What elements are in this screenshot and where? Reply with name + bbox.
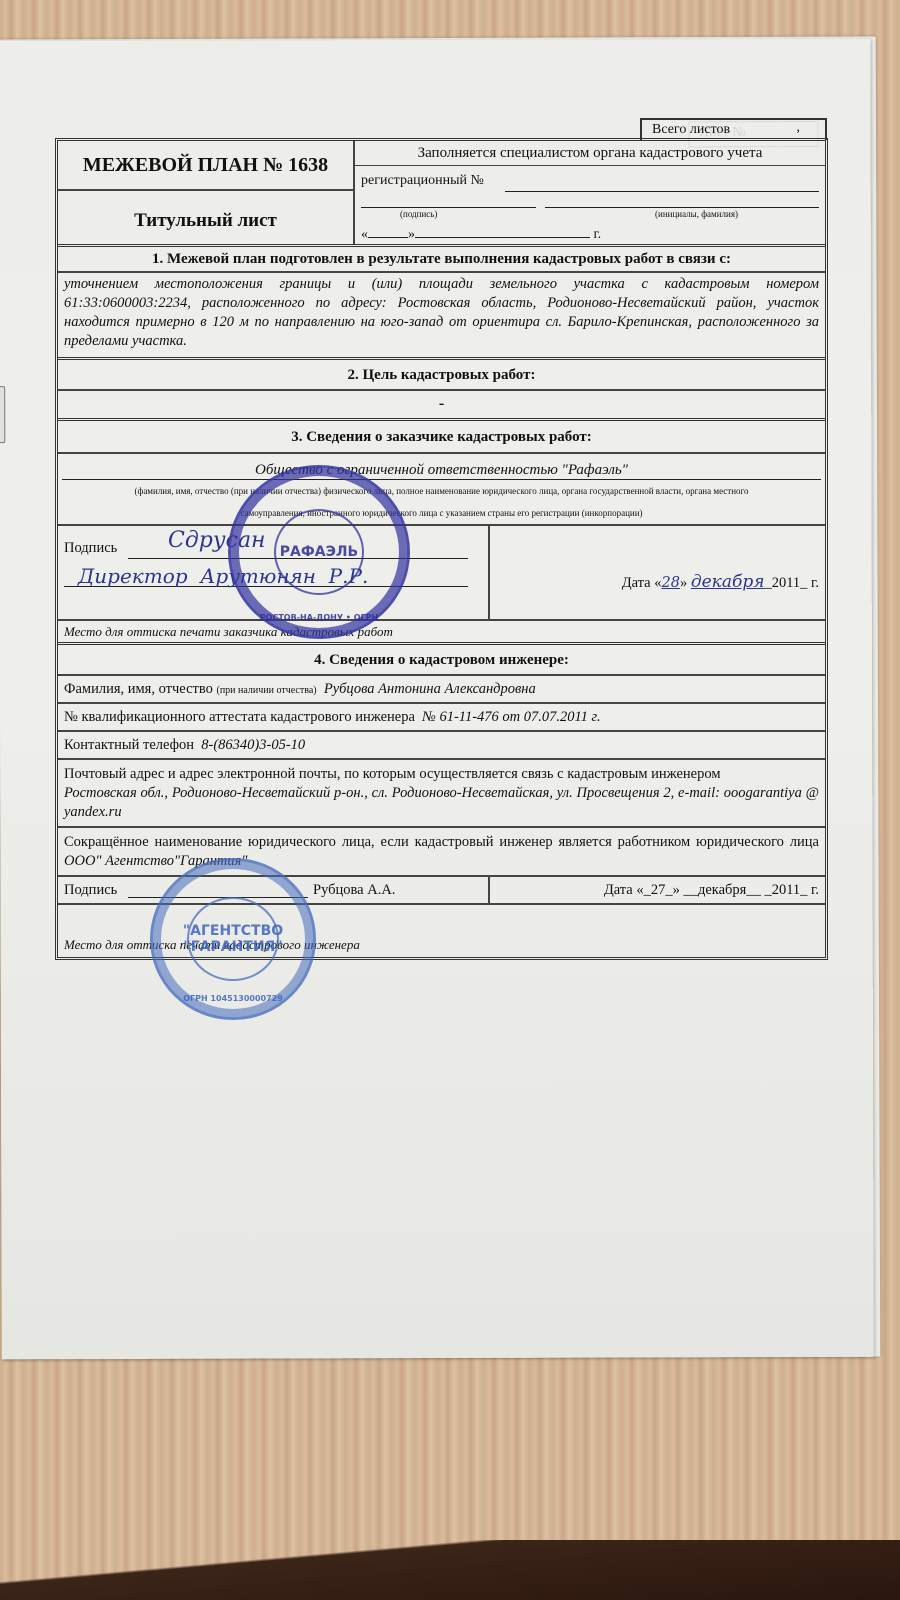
registry-initials-line[interactable] [545,193,819,208]
engineer-name: Рубцова Антонина Александровна [324,681,536,697]
engineer-cert-row: № квалификационного аттестата кадастрово… [58,704,825,732]
reg-number-label: регистрационный № [361,173,484,189]
registry-block: Заполняется специалистом органа кадастро… [355,141,825,244]
engineer-phone: 8-(86340)3-05-10 [201,737,305,753]
engineer-signature-row: Подпись Рубцова А.А. Дата «_27_» __декаб… [58,877,825,905]
engineer-name-label: Фамилия, имя, отчество [64,681,213,697]
engineer-stamp-place: Место для оттиска печати кадастрового ин… [58,905,825,957]
section2-body: - [58,391,825,421]
customer-stamp-caption: Место для оттиска печати заказчика кадас… [58,621,825,643]
engineer-address-row: Почтовый адрес и адрес электронной почты… [58,760,825,828]
section2-value: - [58,391,825,413]
engineer-cert-label: № квалификационного аттестата кадастрово… [64,709,415,725]
section1-header: 1. Межевой план подготовлен в результате… [58,247,825,273]
section1-body: уточнением местоположения границы и (или… [58,273,825,360]
engineer-signer: Рубцова А.А. [313,882,395,899]
engineer-stamp-caption: Место для оттиска печати кадастрового ин… [64,937,360,953]
section1-title: 1. Межевой план подготовлен в результате… [58,247,825,271]
section3-title: 3. Сведения о заказчике кадастровых рабо… [58,421,825,452]
customer-name: Общество с ограниченной ответственностью… [62,454,821,480]
engineer-signature-label: Подпись [64,882,117,899]
section4-header: 4. Сведения о кадастровом инженере: [58,645,825,676]
customer-signer: Директор Арутюнян Р.Р. [78,564,368,588]
engineer-date-cell: Дата «_27_» __декабря__ _2011_ г. [490,877,825,903]
engineer-date: Дата «_27_» __декабря__ _2011_ г. [604,882,819,899]
reg-number-field[interactable] [505,173,819,192]
engineer-address-label: Почтовый адрес и адрес электронной почты… [64,765,819,784]
total-sheets-value: , [797,120,801,136]
total-sheets-box: Всего листов , [640,118,827,140]
section2-title: 2. Цель кадастровых работ: [58,360,825,389]
sheet-title: Титульный лист [58,191,353,244]
engineer-address: Ростовская обл., Родионово-Несветайский … [64,784,819,822]
customer-caption-1: (фамилия, имя, отчество (при наличии отч… [58,480,825,502]
section3-stamp-place: Место для оттиска печати заказчика кадас… [58,621,825,645]
customer-signature-cell: Подпись Сдрусан Директор Арутюнян Р.Р. [58,526,490,619]
engineer-signature-line[interactable] [128,881,308,898]
engineer-phone-row: Контактный телефон 8-(86340)3-05-10 [58,732,825,760]
engineer-org: ООО" Агентство"Гарантия" [64,853,247,869]
engineer-name-row: Фамилия, имя, отчество (при наличии отче… [58,676,825,704]
customer-signature: Сдрусан [168,528,266,553]
initials-caption: (инициалы, фамилия) [655,209,738,219]
engineer-name-hint: (при наличии отчества) [216,685,316,696]
section3-customer: Общество с ограниченной ответственностью… [58,454,825,526]
engineer-phone-label: Контактный телефон [64,737,194,753]
customer-caption-2: самоуправления, иностранного юридическог… [58,502,825,524]
form-header: МЕЖЕВОЙ ПЛАН № 1638 Титульный лист Запол… [58,141,825,247]
section4-title: 4. Сведения о кадастровом инженере: [58,645,825,674]
customer-date-cell: Дата «28» декабря_2011_ г. [490,526,825,619]
customer-signature-label: Подпись [64,540,117,557]
engineer-signature-cell: Подпись Рубцова А.А. [58,877,490,903]
floor-background [0,1540,900,1600]
binder-clip [0,386,5,443]
section3-signature-row: Подпись Сдрусан Директор Арутюнян Р.Р. Д… [58,526,825,621]
total-sheets-label: Всего листов [652,122,730,137]
customer-date: Дата «28» декабря_2011_ г. [622,572,819,592]
section2-header: 2. Цель кадастровых работ: [58,360,825,391]
engineer-cert: № 61-11-476 от 07.07.2011 г. [422,709,601,725]
cadastral-form: МЕЖЕВОЙ ПЛАН № 1638 Титульный лист Запол… [55,138,828,960]
engineer-org-label: Сокращённое наименование юридического ли… [64,834,819,850]
title-block: МЕЖЕВОЙ ПЛАН № 1638 Титульный лист [58,141,355,244]
section1-text: уточнением местоположения границы и (или… [58,273,825,357]
registry-header: Заполняется специалистом органа кадастро… [355,141,825,166]
signature-caption: (подпись) [400,209,437,219]
plan-title: МЕЖЕВОЙ ПЛАН № 1638 [58,141,353,191]
registry-signature-line[interactable] [361,193,536,208]
registry-date: «» г. [361,227,601,243]
section3-header: 3. Сведения о заказчике кадастровых рабо… [58,421,825,454]
engineer-org-row: Сокращённое наименование юридического ли… [58,828,825,877]
